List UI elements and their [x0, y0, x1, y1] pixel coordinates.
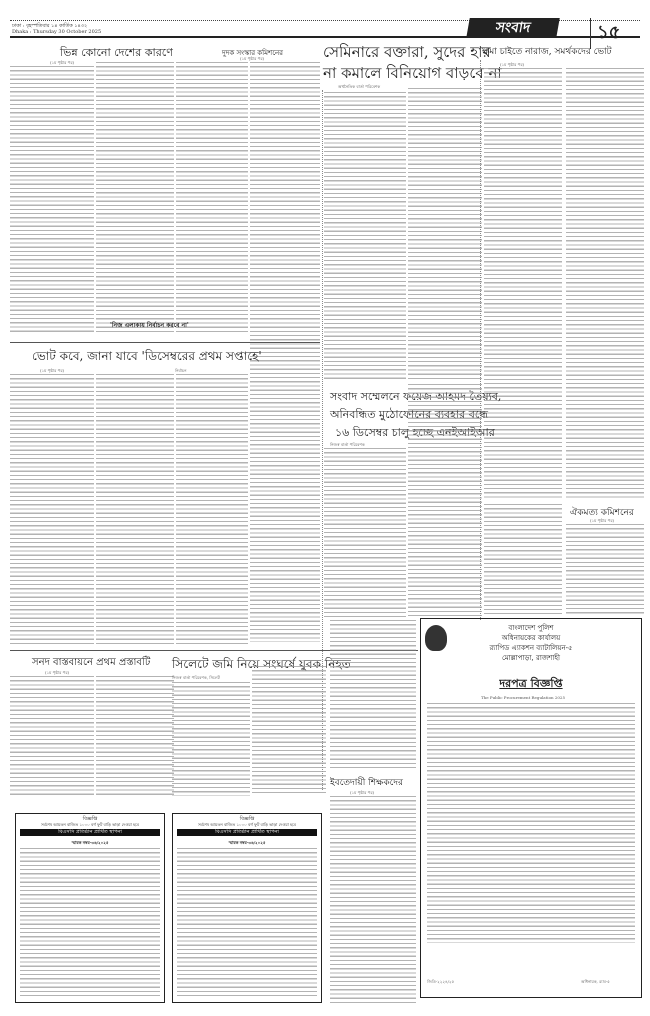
article-a2-col1: [176, 62, 248, 332]
police-line4: মোল্লাপাড়া, রাজশাহী: [421, 653, 641, 663]
article-a4-col3: [484, 504, 562, 614]
headline-a4: ক্ষমা চাইতে নারাজ, সমর্থকদের ভোট: [482, 44, 612, 59]
regulation-ref: The Public Procurement Regulation 2025: [481, 695, 565, 700]
newspaper-logo: সংবাদ: [466, 18, 560, 38]
section-rule: [10, 342, 320, 343]
headline-a1: ভিন্ন কোনো দেশের কারণে: [60, 44, 173, 63]
ad-sub-label: সর্বশেষ আয়তন বাজিত ১০০০ বর্গ ফুট বাড়ি …: [173, 822, 321, 829]
article-a9-col2: [252, 666, 326, 796]
article-a4-col2: [566, 68, 644, 498]
police-tender-notice: বাংলাদেশ পুলিশ অধিনায়কের কার্যালয় র‍্য…: [420, 618, 642, 998]
ad-body: [177, 848, 317, 998]
masthead: ঢাকা : বৃহস্পতিবার ১৪ কার্তিক ১৪৩২ Dhaka…: [0, 0, 650, 40]
ad-sub-label: সর্বশেষ আয়তন বাজিত ১০০০ বর্গ ফুট বাড়ি …: [16, 822, 164, 829]
police-line1: বাংলাদেশ পুলিশ: [421, 623, 641, 633]
article-a9-col1: [172, 682, 250, 796]
article-a5-col1: [10, 374, 94, 644]
headline-a5: ভোট কবে, জানা যাবে 'ডিসেম্বরের প্রথম সপ্…: [32, 348, 262, 368]
article-a6-col2: [408, 384, 482, 618]
police-line3: র‍্যাপিড এ্যাকশন ব্যাটালিয়ন-৫: [421, 643, 641, 653]
article-a1-col2: [96, 62, 174, 332]
article-a6-col1: [324, 448, 406, 618]
tender-ad-mid: বিজ্ঞপ্তি সর্বশেষ আয়তন বাজিত ১০০০ বর্গ …: [172, 813, 322, 1003]
pull-quote: 'নিজ এলাকায় নির্বাচন করবে না': [110, 320, 189, 331]
footer-code: জিডি-২২২৪/২৫: [427, 979, 454, 986]
dateline-english: Dhaka : Thursday 30 October 2025: [12, 29, 101, 35]
article-a5-col2: [96, 374, 174, 644]
article-a10: [330, 796, 416, 1006]
article-a5-col3: [176, 374, 248, 644]
article-a1-col1: [10, 66, 94, 332]
ad-notice-no: স্মারক নম্বর-৩৬/২০২৫: [16, 840, 164, 847]
ad-notice-no: স্মারক নম্বর-৩৬/২০২৫: [173, 840, 321, 847]
article-a3-col1: [324, 92, 406, 382]
ad-body: [20, 848, 160, 998]
headline-a10: ইবতেদায়ী শিক্ষকদের: [330, 775, 403, 790]
notice-table: [427, 703, 635, 943]
article-a6-col3: [330, 620, 416, 770]
article-a4-col1: [484, 68, 562, 498]
ad-banner: বিএসসি প্রতিষ্ঠান প্রার্থিত স্থাপনা: [177, 829, 317, 836]
byline-a3: অর্থনৈতিক বার্তা পরিবেশক: [338, 84, 380, 91]
ad-banner: বিএসসি প্রতিষ্ঠান প্রার্থিত স্থাপনা: [20, 829, 160, 836]
byline-a9: নিজস্ব বার্তা পরিবেশক, সিলেট: [172, 675, 220, 682]
notice-title: দরপত্র বিজ্ঞপ্তি: [421, 675, 641, 694]
police-line2: অধিনায়কের কার্যালয়: [421, 633, 641, 643]
article-a7: [566, 524, 644, 614]
article-a8-col1: [10, 676, 94, 796]
dateline: ঢাকা : বৃহস্পতিবার ১৪ কার্তিক ১৪৩২ Dhaka…: [12, 23, 101, 35]
article-a3-col2: [408, 88, 482, 382]
article-a8-col2: [96, 676, 174, 796]
signatory: অধিনায়ক, র‍্যাব-৫: [581, 979, 610, 986]
tender-ad-left: বিজ্ঞপ্তি সর্বশেষ আয়তন বাজিত ১০০০ বর্গ …: [15, 813, 165, 1003]
